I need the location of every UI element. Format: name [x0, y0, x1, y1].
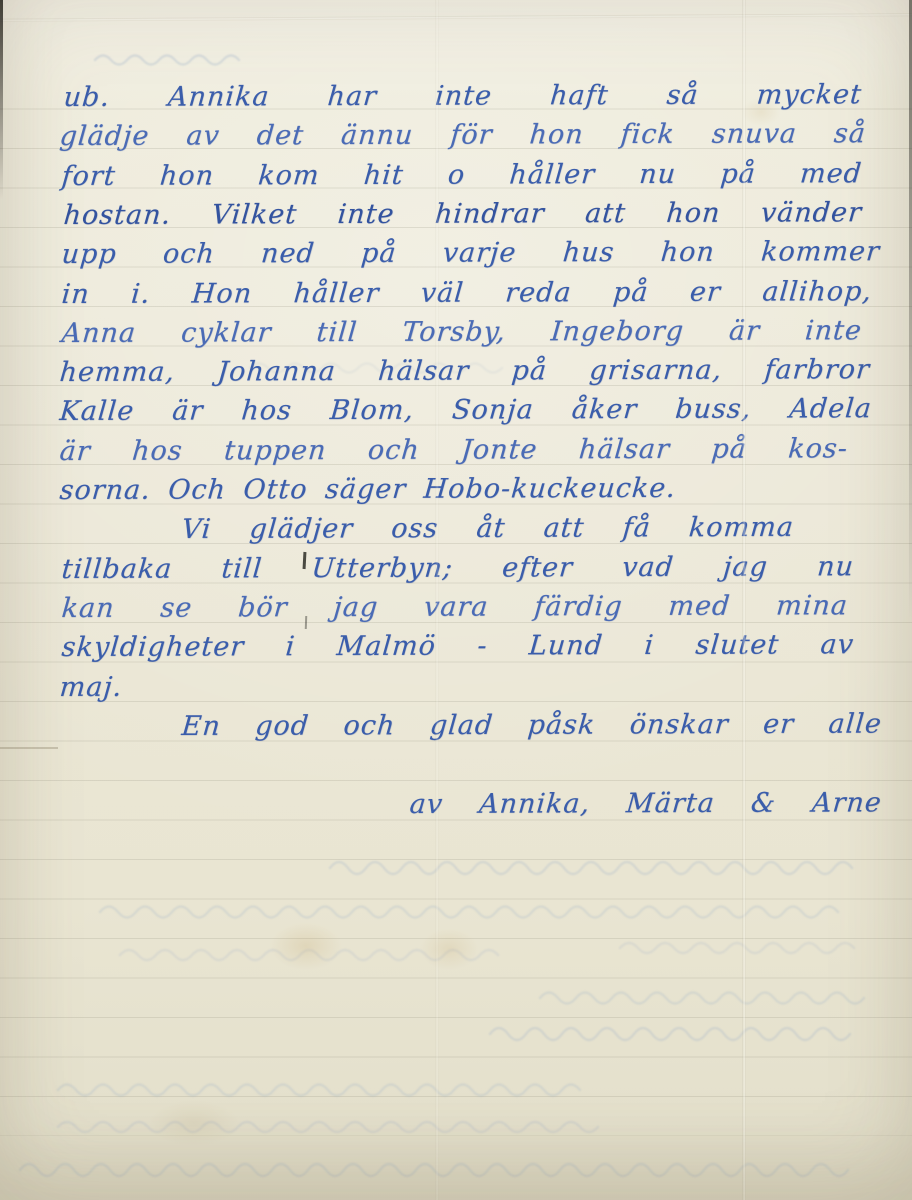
signature-line: av Annika, Märta & Arne: [408, 783, 884, 825]
fold-crease-top: [0, 13, 912, 22]
handwritten-line: maj.: [58, 668, 124, 708]
handwritten-line: hostan. Vilket inte hindrar att hon vänd…: [62, 193, 864, 236]
handwritten-line: kan se bör jag vara färdig med mina: [60, 586, 850, 629]
closing-line: En god och glad påsk önskar er alle: [180, 705, 884, 747]
handwritten-line: sorna. Och Otto säger Hobo-kuckeucke.: [58, 469, 678, 511]
handwritten-line: glädje av det ännu för hon fick snuva så: [58, 114, 868, 157]
paper-stain: [148, 1100, 240, 1146]
handwritten-line: Anna cyklar till Torsby, Ingeborg är int…: [60, 311, 864, 354]
fold-crease-left: [0, 747, 58, 749]
handwritten-line: hemma, Johanna hälsar på grisarna, farbr…: [58, 350, 872, 393]
handwritten-line: fort hon kom hit o håller nu på med: [60, 154, 864, 197]
handwritten-line: ub. Annika har inte haft så mycket: [62, 75, 864, 118]
handwritten-line: in i. Hon håller väl reda på er allihop,: [60, 272, 874, 315]
handwritten-line: Vi glädjer oss åt att få komma: [180, 508, 796, 550]
paper-stain: [270, 922, 342, 970]
handwritten-line: är hos tuppen och Jonte hälsar på kos-: [58, 429, 850, 472]
handwritten-line: Kalle är hos Blom, Sonja åker buss, Adel…: [58, 389, 874, 432]
paper-stain: [420, 928, 478, 970]
handwritten-line: skyldigheter i Malmö - Lund i slutet av: [60, 625, 856, 668]
letter-page: ub. Annika har inte haft så mycket glädj…: [0, 0, 912, 1200]
handwritten-line: upp och ned på varje hus hon kommer: [60, 232, 882, 275]
scan-edge-left: [0, 0, 3, 200]
handwritten-line: tillbaka till Utterbyn; efter vad jag nu: [60, 547, 856, 590]
